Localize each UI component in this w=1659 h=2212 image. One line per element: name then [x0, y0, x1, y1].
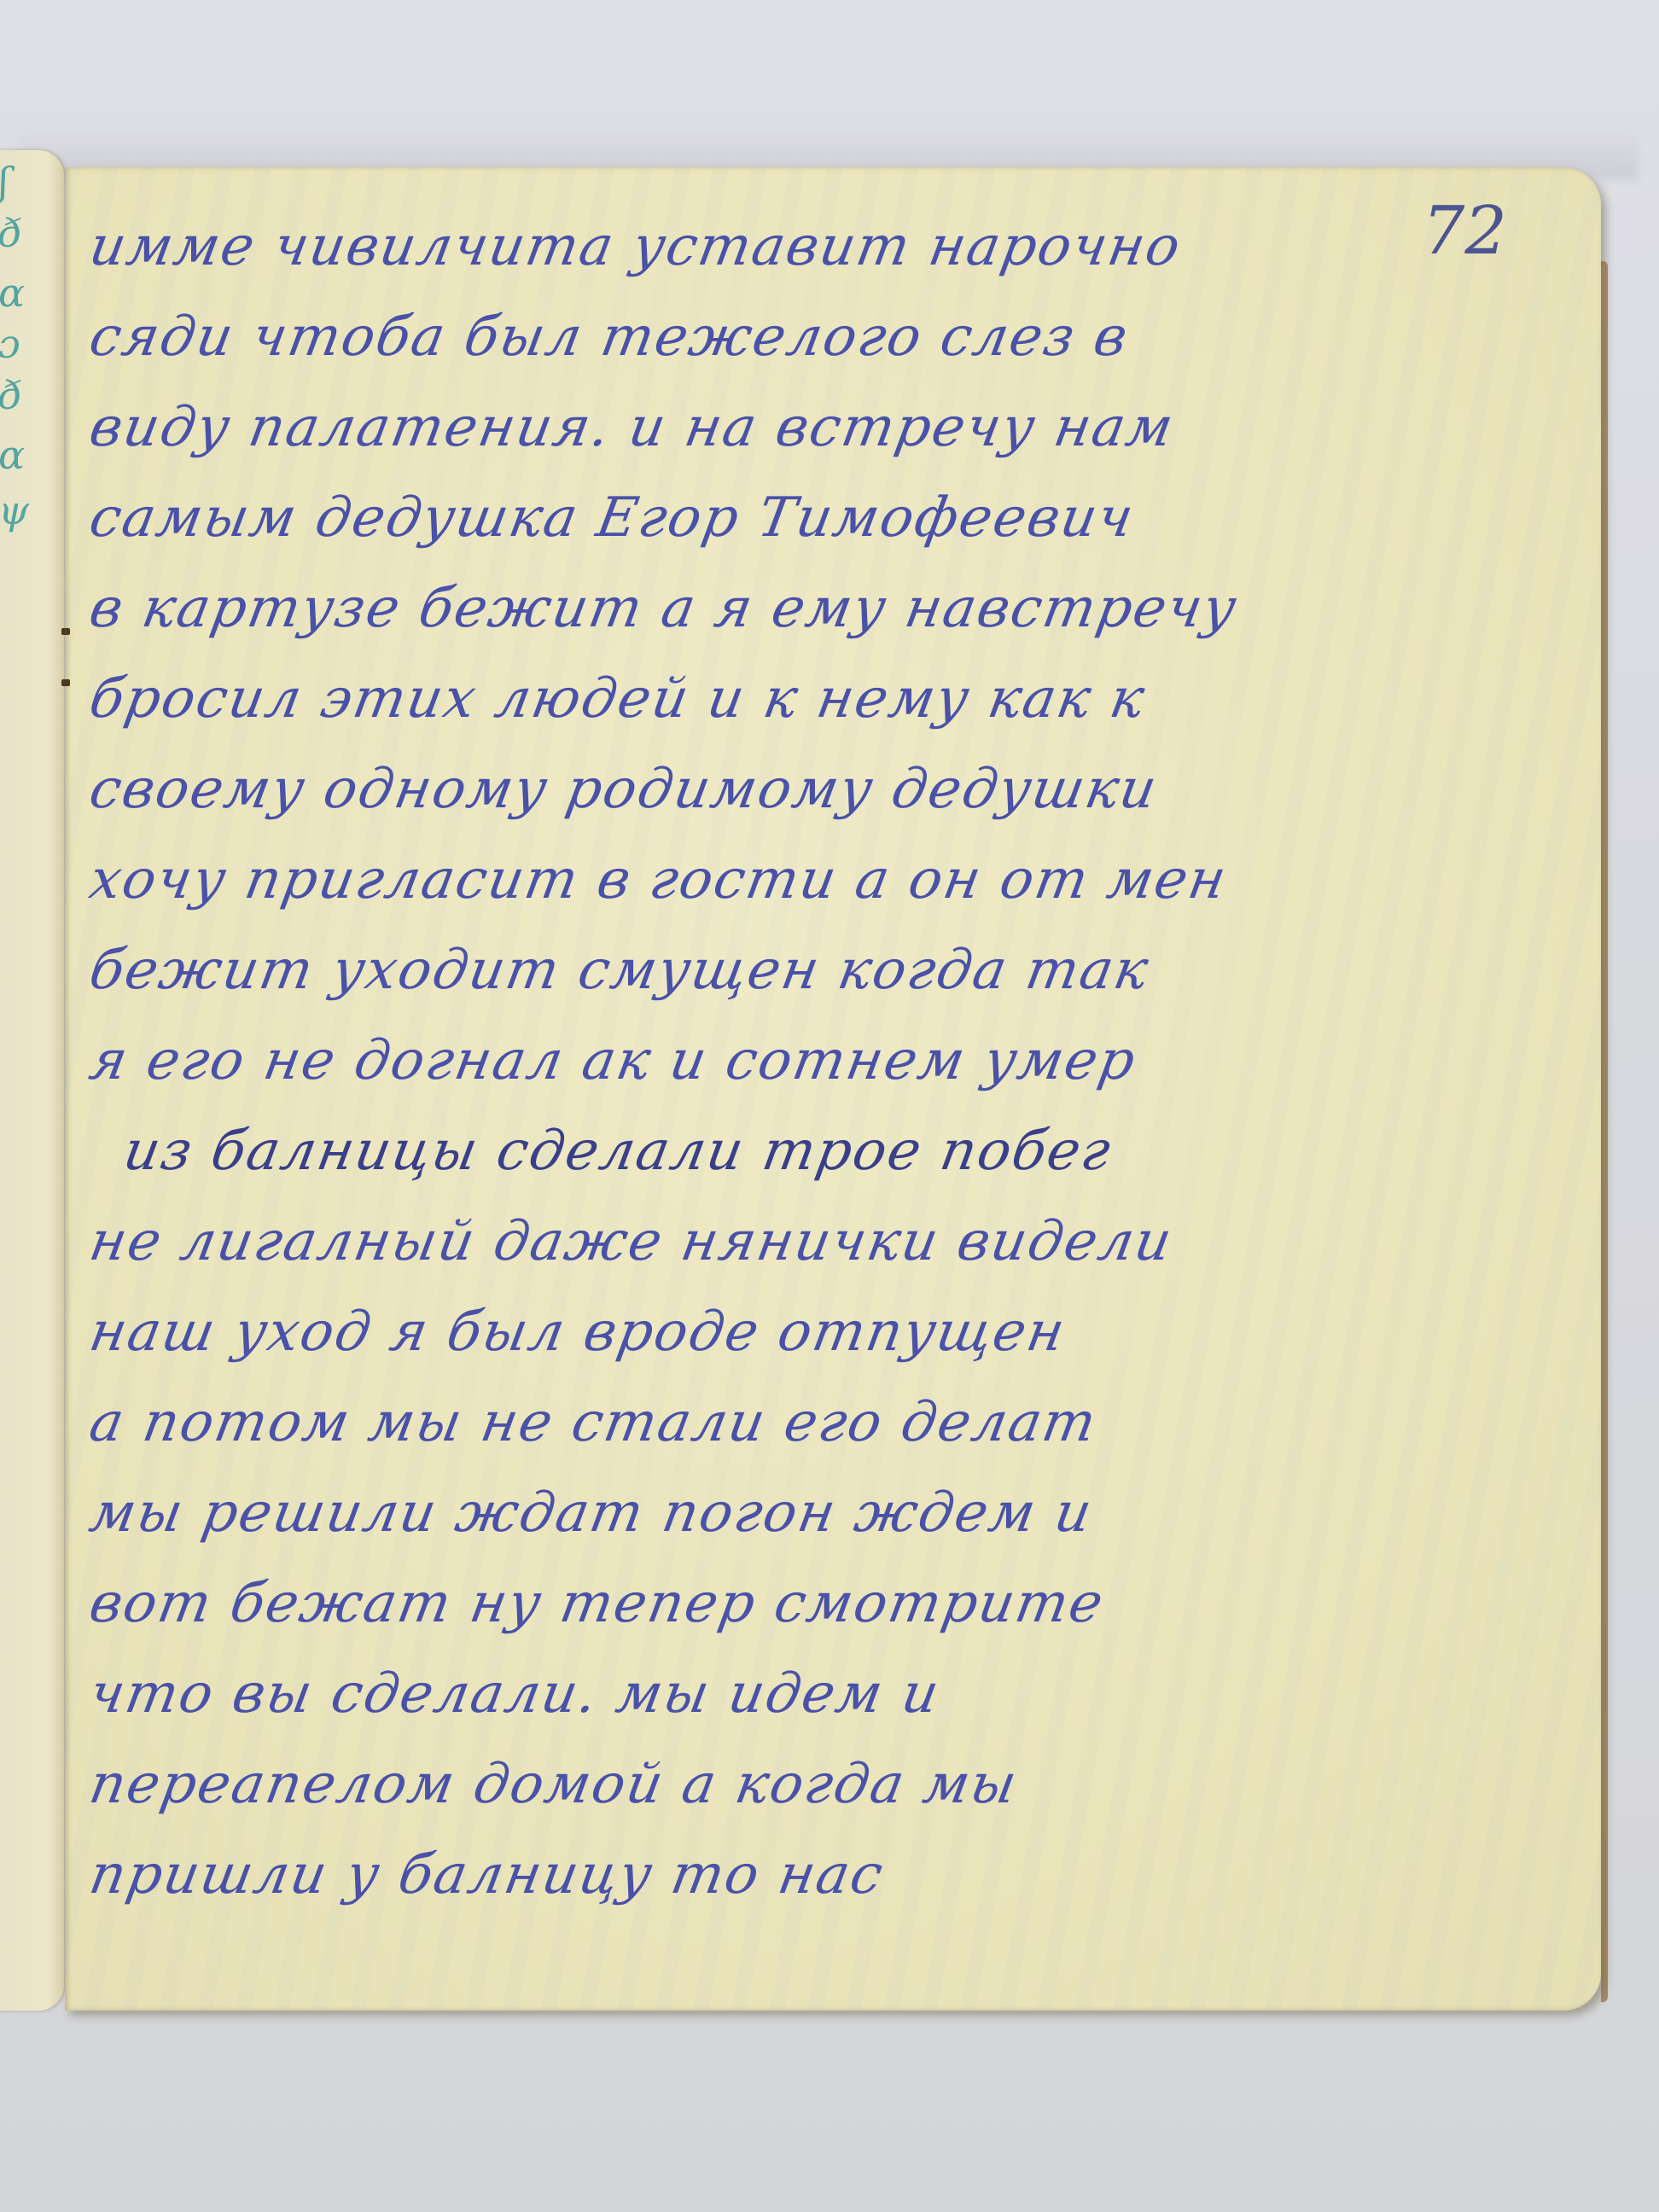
- handwritten-text: имме чивилчита уставит нарочно сяди чтоб…: [90, 201, 1524, 1920]
- text-line: вот бежат ну тепер смотрите: [83, 1558, 1533, 1649]
- text-line: своему одному родимому дедушки: [83, 744, 1533, 835]
- text-line: а потом мы не стали его делат: [83, 1377, 1533, 1468]
- text-line: сяди чтоба был тежелого слез в: [83, 292, 1533, 382]
- page-stack-edge: [1601, 261, 1608, 2002]
- text-line: самым дедушка Егор Тимофеевич: [83, 473, 1533, 563]
- text-line: мы решили ждат погон ждем и: [83, 1468, 1533, 1558]
- text-line: переапелом домой а когда мы: [83, 1739, 1533, 1830]
- staple-mark: [61, 679, 70, 686]
- text-line: имме чивилчита уставит нарочно: [83, 201, 1533, 292]
- text-line: хочу пригласит в гости а он от мен: [83, 835, 1533, 925]
- staple-mark: [61, 628, 70, 635]
- previous-page-glyph: ɔ: [0, 321, 20, 367]
- previous-page-glyph: ʃ: [0, 159, 9, 205]
- notebook-page: 72 имме чивилчита уставит нарочно сяди ч…: [65, 167, 1601, 2011]
- text-line: из балницы сделали трое побег: [83, 1106, 1533, 1196]
- previous-page-glyph: ð: [0, 372, 22, 418]
- text-line: наш уход я был вроде отпущен: [83, 1287, 1533, 1377]
- text-line: я его не догнал ак и сотнем умер: [83, 1016, 1533, 1106]
- text-line: что вы сделали. мы идем и: [83, 1649, 1533, 1739]
- previous-page-glyph: ɑ: [0, 432, 25, 478]
- previous-page-glyph: ɑ: [0, 270, 25, 316]
- text-line: виду палатения. и на встречу нам: [83, 382, 1533, 473]
- text-line: пришли у балницу то нас: [83, 1830, 1533, 1920]
- text-line: не лигалный даже нянички видели: [83, 1196, 1533, 1287]
- text-line: в картузе бежит а я ему навстречу: [83, 563, 1533, 654]
- text-line: бежит уходит смущен когда так: [83, 925, 1533, 1016]
- previous-page-glyph: ð: [0, 210, 22, 256]
- text-line: бросил этих людей и к нему как к: [83, 654, 1533, 744]
- previous-page-glyph: ψ: [0, 487, 29, 533]
- previous-page-edge: ʃ ð ɑ ɔ ð ɑ ψ: [0, 150, 64, 2011]
